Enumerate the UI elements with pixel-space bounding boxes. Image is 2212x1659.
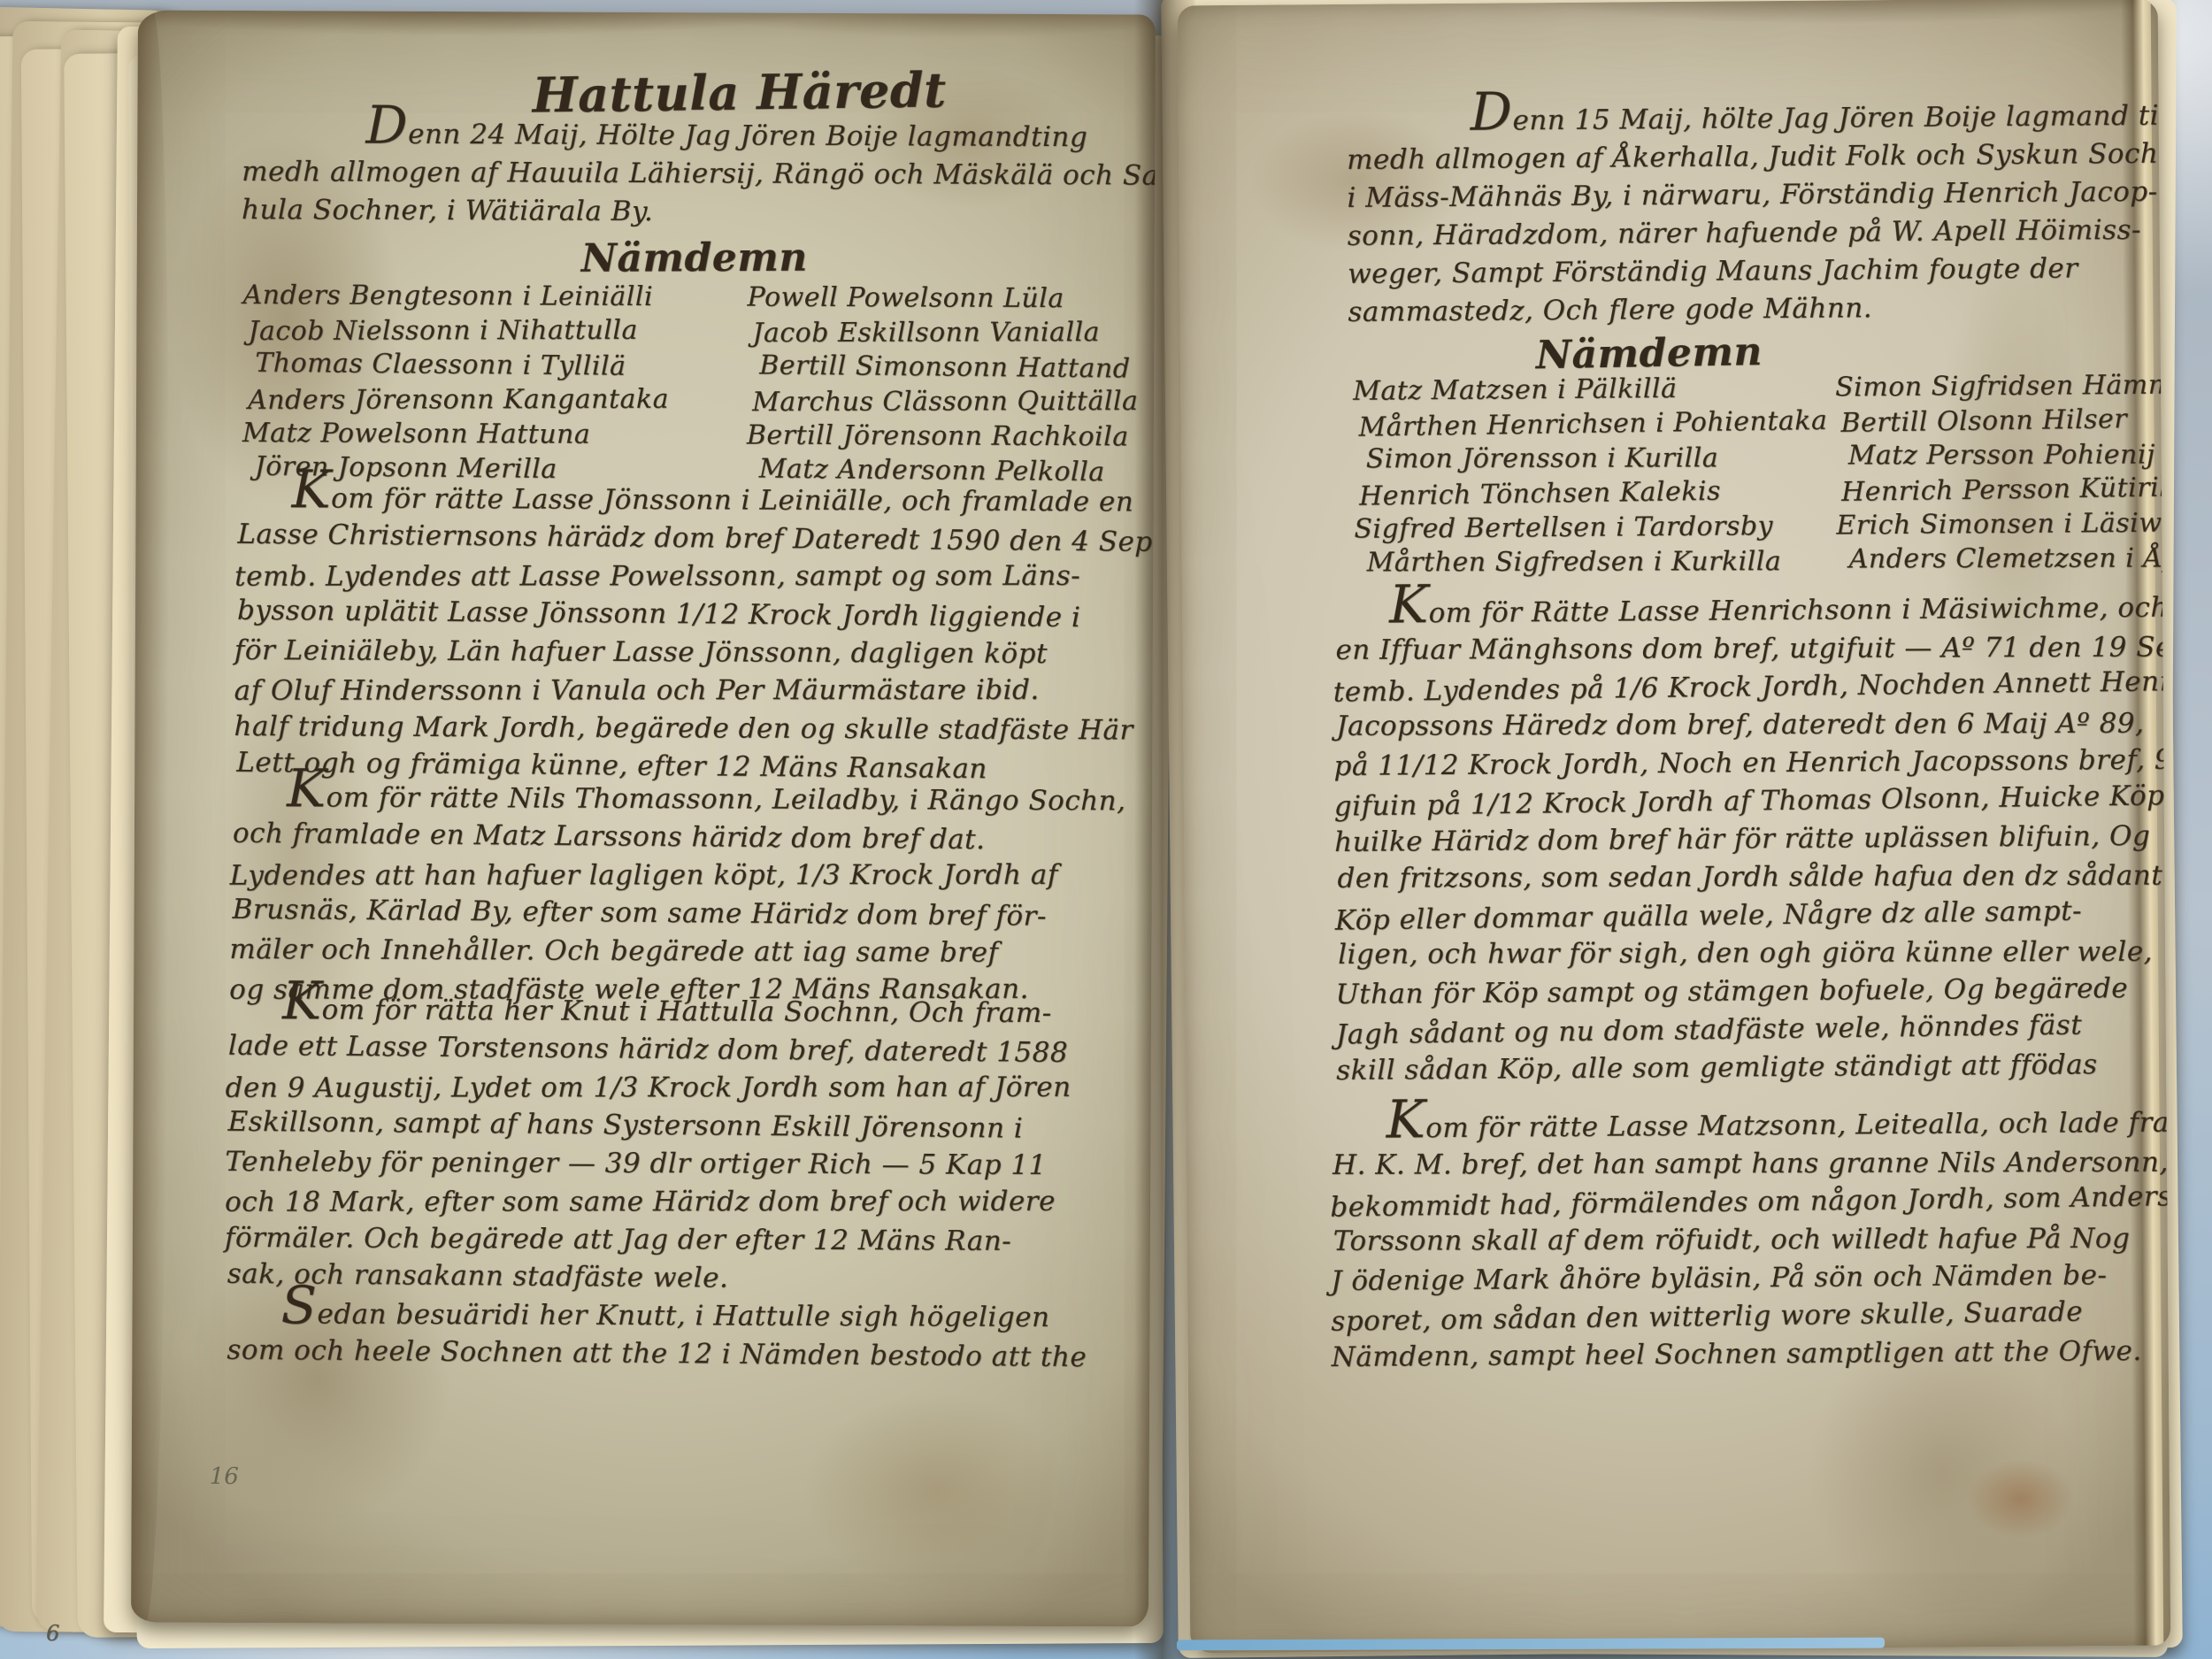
handwritten-line: Denn 15 Maij, hölte Jag Jören Boije lagm… (1347, 96, 2171, 142)
handwritten-line: och framlade en Matz Larssons häridz dom… (233, 815, 1156, 861)
handwritten-line: Mårthen Sigfredsen i Kurkilla (1367, 544, 1863, 580)
handwritten-line: weger, Sampt Förständig Mauns Jachim fou… (1348, 249, 2170, 294)
handwritten-line: Henrich Tönchsen Kalekis (1359, 472, 1855, 513)
handwritten-line: som och heele Sochnen att the 12 i Nämde… (227, 1332, 1156, 1378)
handwritten-line: Bertill Simonsonn Hattand (759, 348, 1156, 386)
handwritten-line: Matz Persson Pohienij (1848, 437, 2171, 472)
handwritten-line: Lydendes att han hafuer lagligen köpt, 1… (230, 856, 1156, 895)
handwritten-line: Sigfred Bertellsen i Tardorsby (1354, 508, 1849, 546)
handwritten-line: den 9 Augustij, Lydet om 1/3 Krock Jordh… (226, 1069, 1155, 1108)
handwritten-line: af Oluf Hinderssonn i Vanula och Per Mäu… (234, 672, 1156, 710)
handwritten-line: Bertill Jörensonn Rachkoila (747, 419, 1154, 455)
court-record-paragraph: Kom för rätte Nils Thomassonn, Leiladby,… (229, 779, 1156, 1011)
handwritten-line: och 18 Mark, efter som same Häridz dom b… (225, 1183, 1154, 1222)
handwritten-line: Bertill Olsonn Hilser (1840, 401, 2170, 441)
handwritten-line: Lasse Christiernsons härädz dom bref Dat… (237, 516, 1156, 562)
handwritten-line: Eskillsonn, sampt af hans Systersonn Esk… (227, 1103, 1156, 1149)
handwritten-line: Sedan besuäridi her Knutt, i Hattulle si… (224, 1295, 1153, 1338)
handwritten-line: mäler och Innehåller. Och begärede att i… (229, 931, 1156, 973)
handwritten-line: Powell Powelsonn Lüla (747, 280, 1154, 317)
handwritten-line: Brusnäs, Kärlad By, efter som same Härid… (232, 891, 1156, 937)
page-number: 16 (210, 1463, 239, 1490)
age-stain (803, 1394, 1070, 1589)
jury-heading: Nämdemn (509, 234, 880, 281)
handwritten-line: sammastedz, Och flere gode Mähnn. (1348, 287, 2170, 332)
manuscript-photo: 6 Hattula Häredt Denn 24 Maij, Hölte Jag… (0, 0, 2212, 1659)
toasted-top-edge (1178, 0, 2158, 44)
right-manuscript-page: Denn 15 Maij, hölte Jag Jören Boije lagm… (1178, 0, 2171, 1653)
toasted-top-edge (138, 10, 1156, 53)
corner-number: 6 (46, 1621, 60, 1646)
handwritten-line: Matz Matzsen i Pälkillä (1353, 370, 1848, 408)
handwritten-line: Kom för rätte Lasse Jönssonn i Leiniälle… (234, 480, 1155, 522)
handwritten-line: Anders Clemetzsen i Åfwlala (1849, 541, 2171, 576)
handwritten-line: Kom för rätte Nils Thomassonn, Leiladby,… (230, 779, 1156, 821)
jury-list-right: Powell Powelsonn LülaJacob Eskillsonn Va… (747, 280, 1155, 489)
handwritten-line: Matz Powelsonn Hattuna (242, 416, 738, 452)
handwritten-line: sak, och ransakann stadfäste wele. (227, 1256, 1156, 1302)
handwritten-line: Anders Jörensonn Kangantaka (248, 381, 743, 417)
handwritten-line: den fritzsons, som sedan Jordh sålde haf… (1337, 856, 2170, 897)
handwritten-line: Marchus Clässonn Quittälla (752, 384, 1156, 419)
closing-note-paragraph: Sedan besuäridi her Knutt, i Hattulle si… (224, 1295, 1153, 1376)
handwritten-line: Simon Jörensson i Kurilla (1366, 441, 1862, 476)
jury-list-left: Anders Bengtesonn i LeiniälliJacob Niels… (242, 278, 739, 487)
handwritten-line: Henrich Persson Kütirilla (1841, 470, 2171, 510)
handwritten-line: för Leiniäleby, Län hafuer Lasse Jönsson… (234, 632, 1156, 674)
handwritten-line: Jacopssons Häredz dom bref, dateredt den… (1336, 704, 2170, 745)
handwritten-line: Kom för rätte Lasse Matzsonn, Leitealla,… (1330, 1103, 2171, 1148)
handwritten-line: Thomas Claessonn i Tyllilä (255, 346, 750, 385)
court-record-paragraph: Kom för rätta her Knut i Hattulla Sochnn… (225, 991, 1155, 1300)
handwritten-line: ligen, och hwar för sigh, den ogh giöra … (1338, 933, 2170, 973)
intro-paragraph: Denn 15 Maij, hölte Jag Jören Boije lagm… (1347, 96, 2171, 332)
court-record-paragraph: Kom för rätte Lasse Jönssonn i Leiniälle… (234, 480, 1156, 788)
age-stain (1968, 1458, 2075, 1539)
handwritten-line: Denn 24 Maij, Hölte Jag Jören Boije lagm… (242, 115, 1156, 157)
jury-list-left: Matz Matzsen i PälkilläMårthen Henrichse… (1353, 370, 1850, 580)
handwritten-line: i Mäss-Mähnäs By, i närwaru, Förständig … (1347, 173, 2170, 218)
court-record-paragraph: Kom för rätte Lasse Matzsonn, Leitealla,… (1330, 1103, 2171, 1377)
handwritten-line: förmäler. Och begärede att Jag der efter… (225, 1219, 1154, 1262)
handwritten-line: Simon Sigfridsen Hämndeby (1835, 367, 2170, 404)
handwritten-line: Jacob Eskillsonn Vanialla (752, 315, 1156, 350)
handwritten-line: bysson uplätit Lasse Jönssonn 1/12 Krock… (237, 592, 1156, 638)
handwritten-line: H. K. M. bref, det han sampt hans granne… (1333, 1143, 2170, 1184)
handwritten-line: Erich Simonsen i Läsiwichus (1836, 505, 2170, 542)
handwritten-line: temb. Lydendes att Lasse Powelssonn, sam… (234, 557, 1156, 596)
handwritten-line: Kom för Rätte Lasse Henrichsonn i Mäsiwi… (1333, 588, 2170, 634)
handwritten-line: medh allmogen af Åkerhalla, Judit Folk o… (1347, 134, 2170, 180)
handwritten-line: Mårthen Henrichsen i Pohientaka (1358, 403, 1855, 444)
handwritten-line: medh allmogen af Hauuila Lähiersij, Räng… (242, 153, 1156, 196)
handwritten-line: Tenheleby för peninger — 39 dlr ortiger … (225, 1143, 1154, 1186)
court-record-paragraph: Kom för Rätte Lasse Henrichsonn i Mäsiwi… (1333, 588, 2170, 1090)
handwritten-line: Anders Bengtesonn i Leiniälli (242, 278, 738, 314)
handwritten-line: lade ett Lasse Torstensons häridz dom br… (228, 1027, 1156, 1073)
handwritten-line: hula Sochner, i Wätiärala By. (242, 191, 1156, 234)
left-manuscript-page: Hattula Häredt Denn 24 Maij, Hölte Jag J… (131, 10, 1156, 1626)
handwritten-line: en Iffuar Mänghsons dom bref, utgifuit —… (1335, 628, 2170, 669)
intro-paragraph: Denn 24 Maij, Hölte Jag Jören Boije lagm… (242, 115, 1156, 234)
page-title: Hattula Häredt (456, 60, 1023, 124)
handwritten-line: Jacob Nielssonn i Nihattulla (248, 312, 743, 348)
jury-list-right: Simon Sigfridsen HämndebyBertill Olsonn … (1835, 367, 2170, 577)
handwritten-line: Kom för rätta her Knut i Hattulla Sochnn… (226, 991, 1155, 1033)
handwritten-line: sonn, Häradzdom, närer hafuende på W. Ap… (1348, 211, 2171, 256)
handwritten-line: half tridung Mark Jordh, begärede den og… (234, 708, 1156, 750)
handwritten-line: Torssonn skall af dem röfuidt, och wille… (1333, 1219, 2171, 1260)
darkened-left-edge (131, 10, 172, 1622)
